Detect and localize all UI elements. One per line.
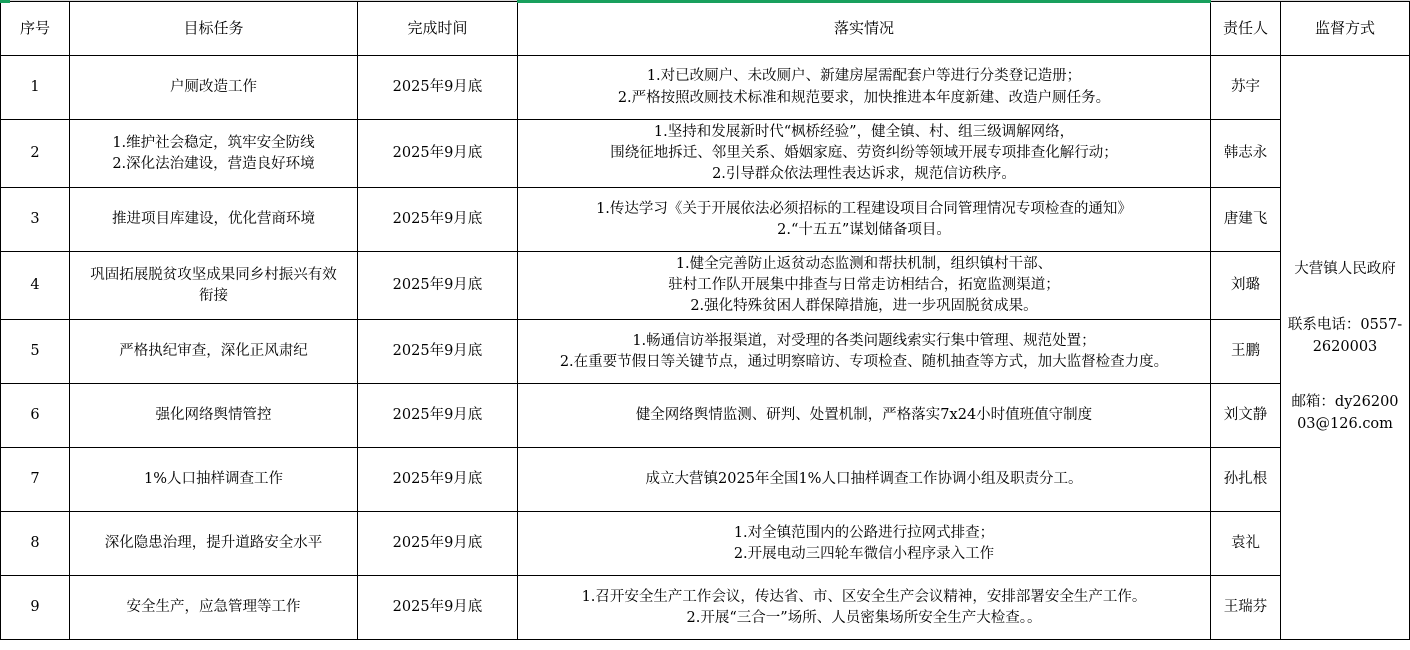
header-row: 序号 目标任务 完成时间 落实情况 责任人 监督方式 [1,2,1410,56]
status-cell[interactable]: 1.畅通信访举报渠道，对受理的各类问题线索实行集中管理、规范处置；2.在重要节假… [518,320,1211,384]
spreadsheet-area: 序号 目标任务 完成时间 落实情况 责任人 监督方式 1户厕改造工作2025年9… [0,0,1410,650]
deadline-cell[interactable]: 2025年9月底 [358,512,518,576]
status-cell-line: 1.坚持和发展新时代“枫桥经验”，健全镇、村、组三级调解网络， [524,122,1204,143]
status-cell-line: 2.“十五五”谋划储备项目。 [524,220,1204,241]
task-cell-line: 严格执纪审查，深化正风肃纪 [76,341,351,362]
supervision-org: 大营镇人民政府 [1294,259,1396,281]
supervision-cell[interactable]: 大营镇人民政府联系电话：0557-2620003邮箱：dy2620003@126… [1281,56,1410,640]
task-cell-line: 推进项目库建设，优化营商环境 [76,209,351,230]
row-number-cell[interactable]: 2 [1,120,70,188]
supervision-info: 大营镇人民政府联系电话：0557-2620003邮箱：dy2620003@126… [1287,259,1403,436]
status-cell-line: 2.严格按照改厕技术标准和规范要求，加快推进本年度新建、改造户厕任务。 [524,88,1204,109]
table-row: 4巩固拓展脱贫攻坚成果同乡村振兴有效衔接2025年9月底1.健全完善防止返贫动态… [1,252,1410,320]
task-cell-line: 户厕改造工作 [76,77,351,98]
deadline-cell[interactable]: 2025年9月底 [358,320,518,384]
row-number-cell[interactable]: 8 [1,512,70,576]
row-number-cell[interactable]: 7 [1,448,70,512]
status-cell[interactable]: 1.健全完善防止返贫动态监测和帮扶机制，组织镇村干部、驻村工作队开展集中排查与日… [518,252,1211,320]
status-cell[interactable]: 1.召开安全生产工作会议，传达省、市、区安全生产会议精神，安排部署安全生产工作。… [518,576,1211,640]
row-number-cell[interactable]: 4 [1,252,70,320]
status-cell-line: 2.引导群众依法理性表达诉求，规范信访秩序。 [524,164,1204,185]
status-cell[interactable]: 健全网络舆情监测、研判、处置机制，严格落实7x24小时值班值守制度 [518,384,1211,448]
table-row: 8深化隐患治理，提升道路安全水平2025年9月底1.对全镇范围内的公路进行拉网式… [1,512,1410,576]
column-header-supervision[interactable]: 监督方式 [1281,2,1410,56]
deadline-cell[interactable]: 2025年9月底 [358,56,518,120]
owner-cell[interactable]: 刘璐 [1211,252,1281,320]
status-cell-line: 2.强化特殊贫困人群保障措施，进一步巩固脱贫成果。 [524,296,1204,317]
table-row: 71%人口抽样调查工作2025年9月底成立大营镇2025年全国1%人口抽样调查工… [1,448,1410,512]
table-row: 21.维护社会稳定，筑牢安全防线2.深化法治建设，营造良好环境2025年9月底1… [1,120,1410,188]
table-row: 9安全生产，应急管理等工作2025年9月底1.召开安全生产工作会议，传达省、市、… [1,576,1410,640]
task-cell[interactable]: 严格执纪审查，深化正风肃纪 [70,320,358,384]
owner-cell[interactable]: 韩志永 [1211,120,1281,188]
selection-corner [0,0,10,3]
status-cell[interactable]: 1.坚持和发展新时代“枫桥经验”，健全镇、村、组三级调解网络，围绕征地拆迁、邻里… [518,120,1211,188]
row-number-cell[interactable]: 6 [1,384,70,448]
column-header-owner[interactable]: 责任人 [1211,2,1281,56]
status-cell[interactable]: 成立大营镇2025年全国1%人口抽样调查工作协调小组及职责分工。 [518,448,1211,512]
deadline-cell[interactable]: 2025年9月底 [358,188,518,252]
task-cell-line: 1%人口抽样调查工作 [76,469,351,490]
supervision-email: 邮箱：dy2620003@126.com [1287,392,1403,436]
task-cell[interactable]: 推进项目库建设，优化营商环境 [70,188,358,252]
deadline-cell[interactable]: 2025年9月底 [358,448,518,512]
task-cell[interactable]: 1.维护社会稳定，筑牢安全防线2.深化法治建设，营造良好环境 [70,120,358,188]
column-header-task[interactable]: 目标任务 [70,2,358,56]
owner-cell[interactable]: 袁礼 [1211,512,1281,576]
owner-cell[interactable]: 王鹏 [1211,320,1281,384]
supervision-phone: 联系电话：0557-2620003 [1287,315,1403,359]
task-cell-line: 深化隐患治理，提升道路安全水平 [76,533,351,554]
table-row: 6强化网络舆情管控2025年9月底健全网络舆情监测、研判、处置机制，严格落实7x… [1,384,1410,448]
task-cell-line: 2.深化法治建设，营造良好环境 [76,154,351,175]
status-cell-line: 1.对全镇范围内的公路进行拉网式排查； [524,523,1204,544]
task-cell-line: 巩固拓展脱贫攻坚成果同乡村振兴有效 [76,265,351,286]
task-cell-line: 1.维护社会稳定，筑牢安全防线 [76,133,351,154]
selection-border-top [517,0,1211,3]
owner-cell[interactable]: 苏宇 [1211,56,1281,120]
status-cell-line: 1.传达学习《关于开展依法必须招标的工程建设项目合同管理情况专项检查的通知》 [524,199,1204,220]
owner-cell[interactable]: 刘文静 [1211,384,1281,448]
status-cell-line: 1.畅通信访举报渠道，对受理的各类问题线索实行集中管理、规范处置； [524,331,1204,352]
row-number-cell[interactable]: 3 [1,188,70,252]
status-cell-line: 1.召开安全生产工作会议，传达省、市、区安全生产会议精神，安排部署安全生产工作。 [524,587,1204,608]
task-cell-line: 衔接 [76,286,351,307]
task-cell[interactable]: 安全生产，应急管理等工作 [70,576,358,640]
table-row: 1户厕改造工作2025年9月底1.对已改厕户、未改厕户、新建房屋需配套户等进行分… [1,56,1410,120]
deadline-cell[interactable]: 2025年9月底 [358,576,518,640]
task-cell[interactable]: 深化隐患治理，提升道路安全水平 [70,512,358,576]
status-cell-line: 2.开展“三合一”场所、人员密集场所安全生产大检查。。 [524,608,1204,629]
table-row: 3推进项目库建设，优化营商环境2025年9月底1.传达学习《关于开展依法必须招标… [1,188,1410,252]
column-header-status[interactable]: 落实情况 [518,2,1211,56]
deadline-cell[interactable]: 2025年9月底 [358,252,518,320]
owner-cell[interactable]: 王瑞芬 [1211,576,1281,640]
status-cell-line: 1.健全完善防止返贫动态监测和帮扶机制，组织镇村干部、 [524,254,1204,275]
owner-cell[interactable]: 唐建飞 [1211,188,1281,252]
status-cell-line: 围绕征地拆迁、邻里关系、婚姻家庭、劳资纠纷等领域开展专项排查化解行动； [524,143,1204,164]
row-number-cell[interactable]: 5 [1,320,70,384]
row-number-cell[interactable]: 9 [1,576,70,640]
status-cell-line: 1.对已改厕户、未改厕户、新建房屋需配套户等进行分类登记造册； [524,66,1204,87]
row-number-cell[interactable]: 1 [1,56,70,120]
status-cell-line: 2.在重要节假日等关键节点，通过明察暗访、专项检查、随机抽查等方式，加大监督检查… [524,352,1204,373]
status-cell-line: 成立大营镇2025年全国1%人口抽样调查工作协调小组及职责分工。 [524,469,1204,490]
task-cell[interactable]: 强化网络舆情管控 [70,384,358,448]
task-cell[interactable]: 巩固拓展脱贫攻坚成果同乡村振兴有效衔接 [70,252,358,320]
task-cell-line: 安全生产，应急管理等工作 [76,597,351,618]
status-cell[interactable]: 1.对全镇范围内的公路进行拉网式排查；2.开展电动三四轮车微信小程序录入工作 [518,512,1211,576]
status-cell-line: 驻村工作队开展集中排查与日常走访相结合，拓宽监测渠道； [524,275,1204,296]
status-cell-line: 2.开展电动三四轮车微信小程序录入工作 [524,544,1204,565]
table-body: 1户厕改造工作2025年9月底1.对已改厕户、未改厕户、新建房屋需配套户等进行分… [1,56,1410,640]
deadline-cell[interactable]: 2025年9月底 [358,384,518,448]
status-cell-line: 健全网络舆情监测、研判、处置机制，严格落实7x24小时值班值守制度 [524,405,1204,426]
column-header-index[interactable]: 序号 [1,2,70,56]
task-table: 序号 目标任务 完成时间 落实情况 责任人 监督方式 1户厕改造工作2025年9… [0,1,1410,640]
status-cell[interactable]: 1.传达学习《关于开展依法必须招标的工程建设项目合同管理情况专项检查的通知》2.… [518,188,1211,252]
status-cell[interactable]: 1.对已改厕户、未改厕户、新建房屋需配套户等进行分类登记造册；2.严格按照改厕技… [518,56,1211,120]
table-row: 5严格执纪审查，深化正风肃纪2025年9月底1.畅通信访举报渠道，对受理的各类问… [1,320,1410,384]
column-header-deadline[interactable]: 完成时间 [358,2,518,56]
task-cell[interactable]: 户厕改造工作 [70,56,358,120]
task-cell[interactable]: 1%人口抽样调查工作 [70,448,358,512]
task-cell-line: 强化网络舆情管控 [76,405,351,426]
deadline-cell[interactable]: 2025年9月底 [358,120,518,188]
owner-cell[interactable]: 孙扎根 [1211,448,1281,512]
